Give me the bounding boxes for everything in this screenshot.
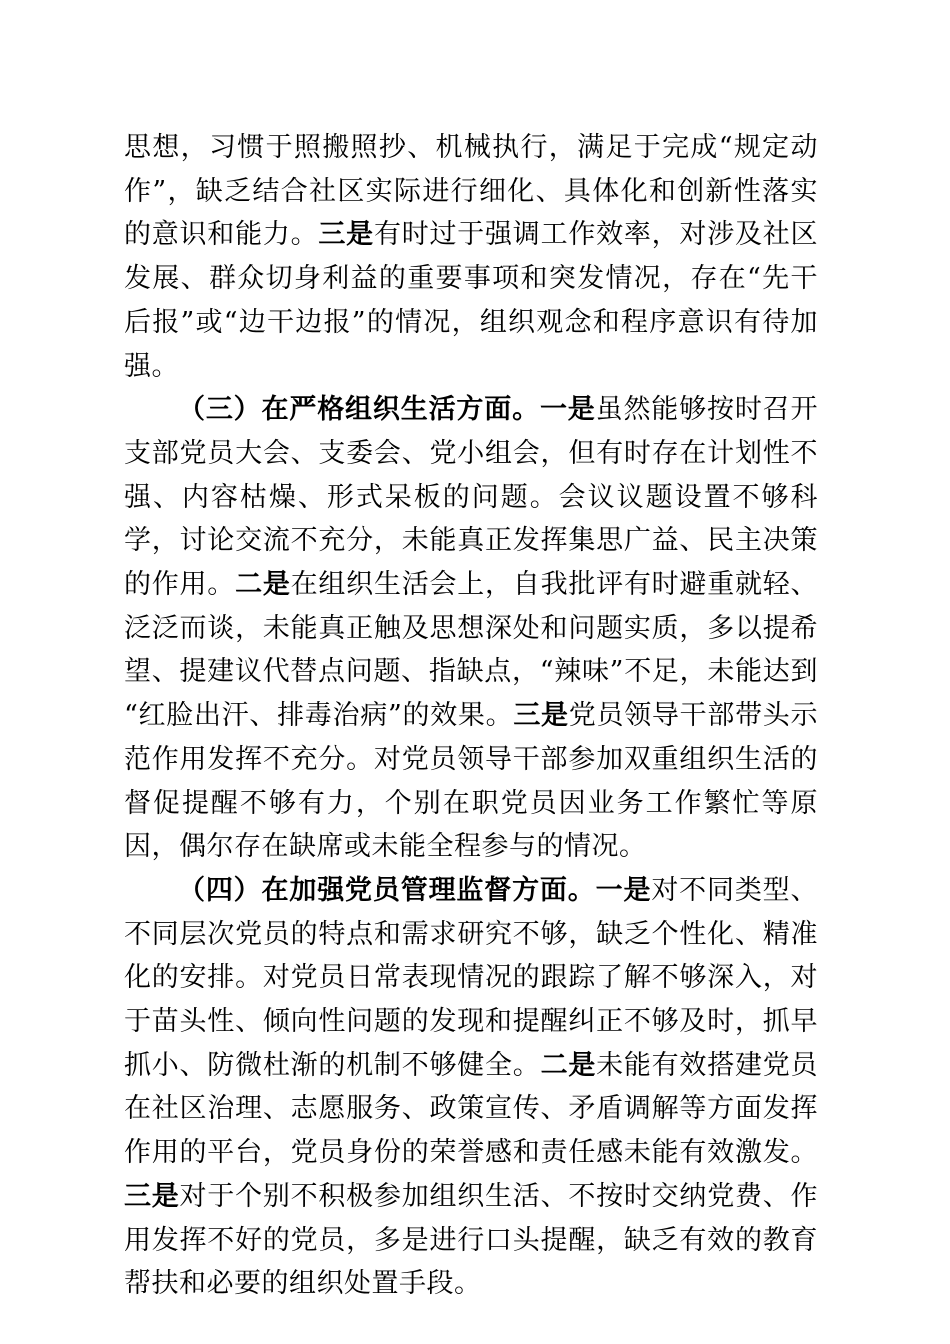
emphasis-run: 一是: [540, 394, 596, 425]
text-run: 对于个别不积极参加组织生活、不按时交纳党费、作用发挥不好的党员，多是进行口头提醒…: [124, 1181, 818, 1299]
paragraph-continuation: 思想，习惯于照搬照抄、机械执行，满足于完成“规定动作”，缺乏结合社区实际进行细化…: [124, 126, 818, 388]
emphasis-run: （四）在加强党员管理监督方面。: [178, 875, 596, 906]
emphasis-run: 二是: [541, 1050, 597, 1081]
emphasis-run: （三）在严格组织生活方面。: [178, 394, 540, 425]
paragraph-section-3: （三）在严格组织生活方面。一是虽然能够按时召开支部党员大会、支委会、党小组会，但…: [124, 388, 818, 869]
emphasis-run: 一是: [596, 875, 652, 906]
emphasis-run: 二是: [235, 569, 291, 600]
emphasis-run: 三是: [318, 219, 374, 250]
emphasis-run: 三是: [124, 1181, 180, 1212]
paragraph-section-4: （四）在加强党员管理监督方面。一是对不同类型、不同层次党员的特点和需求研究不够，…: [124, 869, 818, 1306]
emphasis-run: 三是: [513, 700, 568, 731]
document-page: 思想，习惯于照搬照抄、机械执行，满足于完成“规定动作”，缺乏结合社区实际进行细化…: [0, 0, 950, 1344]
document-body: 思想，习惯于照搬照抄、机械执行，满足于完成“规定动作”，缺乏结合社区实际进行细化…: [124, 126, 818, 1306]
